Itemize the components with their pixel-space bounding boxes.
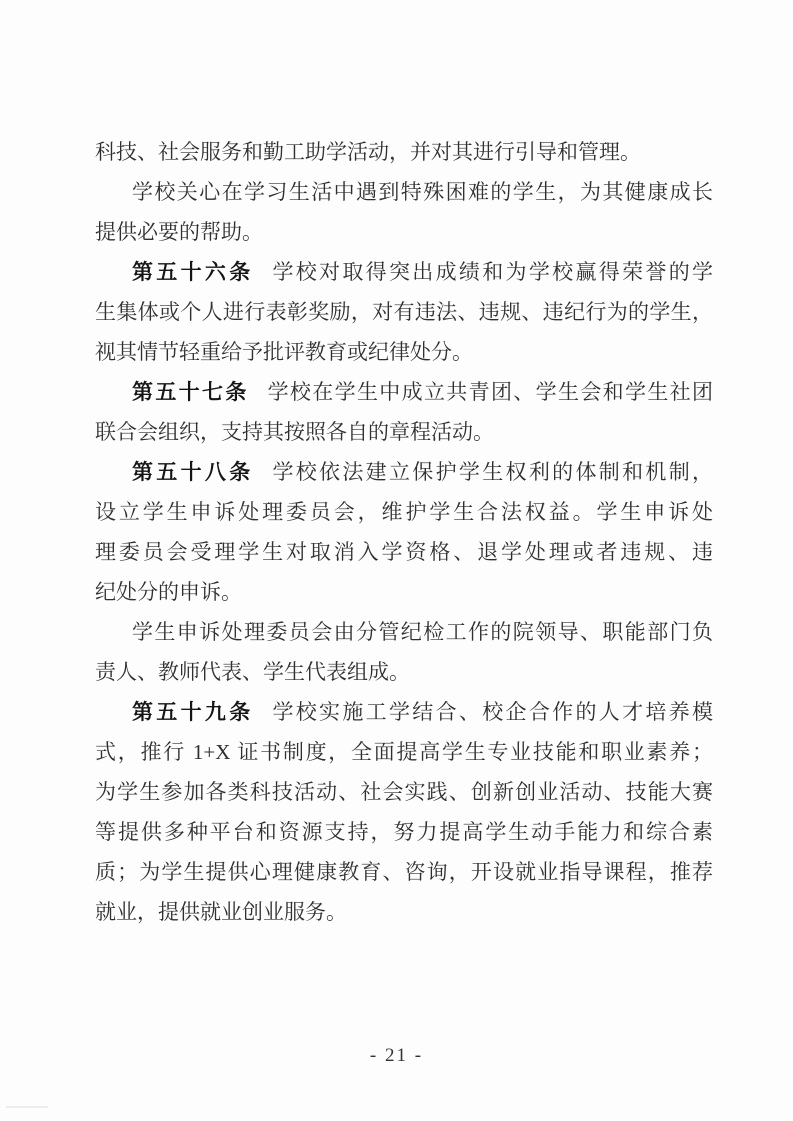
line-text: 设立学生申诉处理委员会，维护学生合法权益。学生申诉处 [95, 500, 713, 524]
line-text: 学校实施工学结合、校企合作的人才培养模 [272, 700, 713, 724]
text-line: 第五十九条学校实施工学结合、校企合作的人才培养模 [95, 692, 713, 732]
text-line: 式，推行 1+X 证书制度，全面提高学生专业技能和职业素养； [95, 732, 713, 772]
page-number: - 21 - [0, 1044, 793, 1068]
scan-artifact-line [6, 1106, 48, 1108]
line-text: 学校依法建立保护学生权利的体制和机制， [272, 460, 713, 484]
text-line: 责人、教师代表、学生代表组成。 [95, 652, 713, 692]
line-text: 等提供多种平台和资源支持，努力提高学生动手能力和综合素 [95, 820, 713, 844]
line-text: 责人、教师代表、学生代表组成。 [95, 660, 410, 684]
text-line: 纪处分的申诉。 [95, 572, 713, 612]
line-text: 就业，提供就业创业服务。 [95, 900, 347, 924]
article-number: 第五十八条 [132, 461, 254, 484]
line-text: 视其情节轻重给予批评教育或纪律处分。 [95, 340, 473, 364]
text-line: 质；为学生提供心理健康教育、咨询，开设就业指导课程，推荐 [95, 852, 713, 892]
text-line: 理委员会受理学生对取消入学资格、退学处理或者违规、违 [95, 532, 713, 572]
line-text: 学生申诉处理委员会由分管纪检工作的院领导、职能部门负 [132, 620, 713, 644]
line-text: 学校在学生中成立共青团、学生会和学生社团 [268, 380, 713, 404]
line-text: 学校对取得突出成绩和为学校赢得荣誉的学 [272, 260, 713, 284]
article-number: 第五十六条 [132, 261, 254, 284]
line-text: 生集体或个人进行表彰奖励，对有违法、违规、违纪行为的学生， [95, 300, 713, 324]
line-text: 科技、社会服务和勤工助学活动，并对其进行引导和管理。 [95, 140, 641, 164]
line-text: 提供必要的帮助。 [95, 220, 263, 244]
line-text: 为学生参加各类科技活动、社会实践、创新创业活动、技能大赛 [95, 780, 713, 804]
text-line: 就业，提供就业创业服务。 [95, 892, 713, 932]
text-line: 联合会组织，支持其按照各自的章程活动。 [95, 412, 713, 452]
line-text: 式，推行 1+X 证书制度，全面提高学生专业技能和职业素养； [95, 740, 713, 764]
text-line: 提供必要的帮助。 [95, 212, 713, 252]
text-line: 生集体或个人进行表彰奖励，对有违法、违规、违纪行为的学生， [95, 292, 713, 332]
document-body: 科技、社会服务和勤工助学活动，并对其进行引导和管理。 学校关心在学习生活中遇到特… [95, 132, 713, 932]
text-line: 视其情节轻重给予批评教育或纪律处分。 [95, 332, 713, 372]
line-text: 纪处分的申诉。 [95, 580, 242, 604]
text-line: 学生申诉处理委员会由分管纪检工作的院领导、职能部门负 [95, 612, 713, 652]
article-number: 第五十九条 [132, 701, 254, 724]
text-line: 第五十六条学校对取得突出成绩和为学校赢得荣誉的学 [95, 252, 713, 292]
line-text: 理委员会受理学生对取消入学资格、退学处理或者违规、违 [95, 540, 713, 564]
line-text: 联合会组织，支持其按照各自的章程活动。 [95, 420, 494, 444]
text-line: 学校关心在学习生活中遇到特殊困难的学生，为其健康成长 [95, 172, 713, 212]
text-line: 等提供多种平台和资源支持，努力提高学生动手能力和综合素 [95, 812, 713, 852]
article-number: 第五十七条 [132, 381, 249, 404]
text-line: 第五十八条学校依法建立保护学生权利的体制和机制， [95, 452, 713, 492]
text-line: 科技、社会服务和勤工助学活动，并对其进行引导和管理。 [95, 132, 713, 172]
text-line: 为学生参加各类科技活动、社会实践、创新创业活动、技能大赛 [95, 772, 713, 812]
text-line: 设立学生申诉处理委员会，维护学生合法权益。学生申诉处 [95, 492, 713, 532]
text-line: 第五十七条学校在学生中成立共青团、学生会和学生社团 [95, 372, 713, 412]
line-text: 学校关心在学习生活中遇到特殊困难的学生，为其健康成长 [132, 180, 713, 204]
document-page: 科技、社会服务和勤工助学活动，并对其进行引导和管理。 学校关心在学习生活中遇到特… [0, 0, 793, 1121]
line-text: 质；为学生提供心理健康教育、咨询，开设就业指导课程，推荐 [95, 860, 713, 884]
